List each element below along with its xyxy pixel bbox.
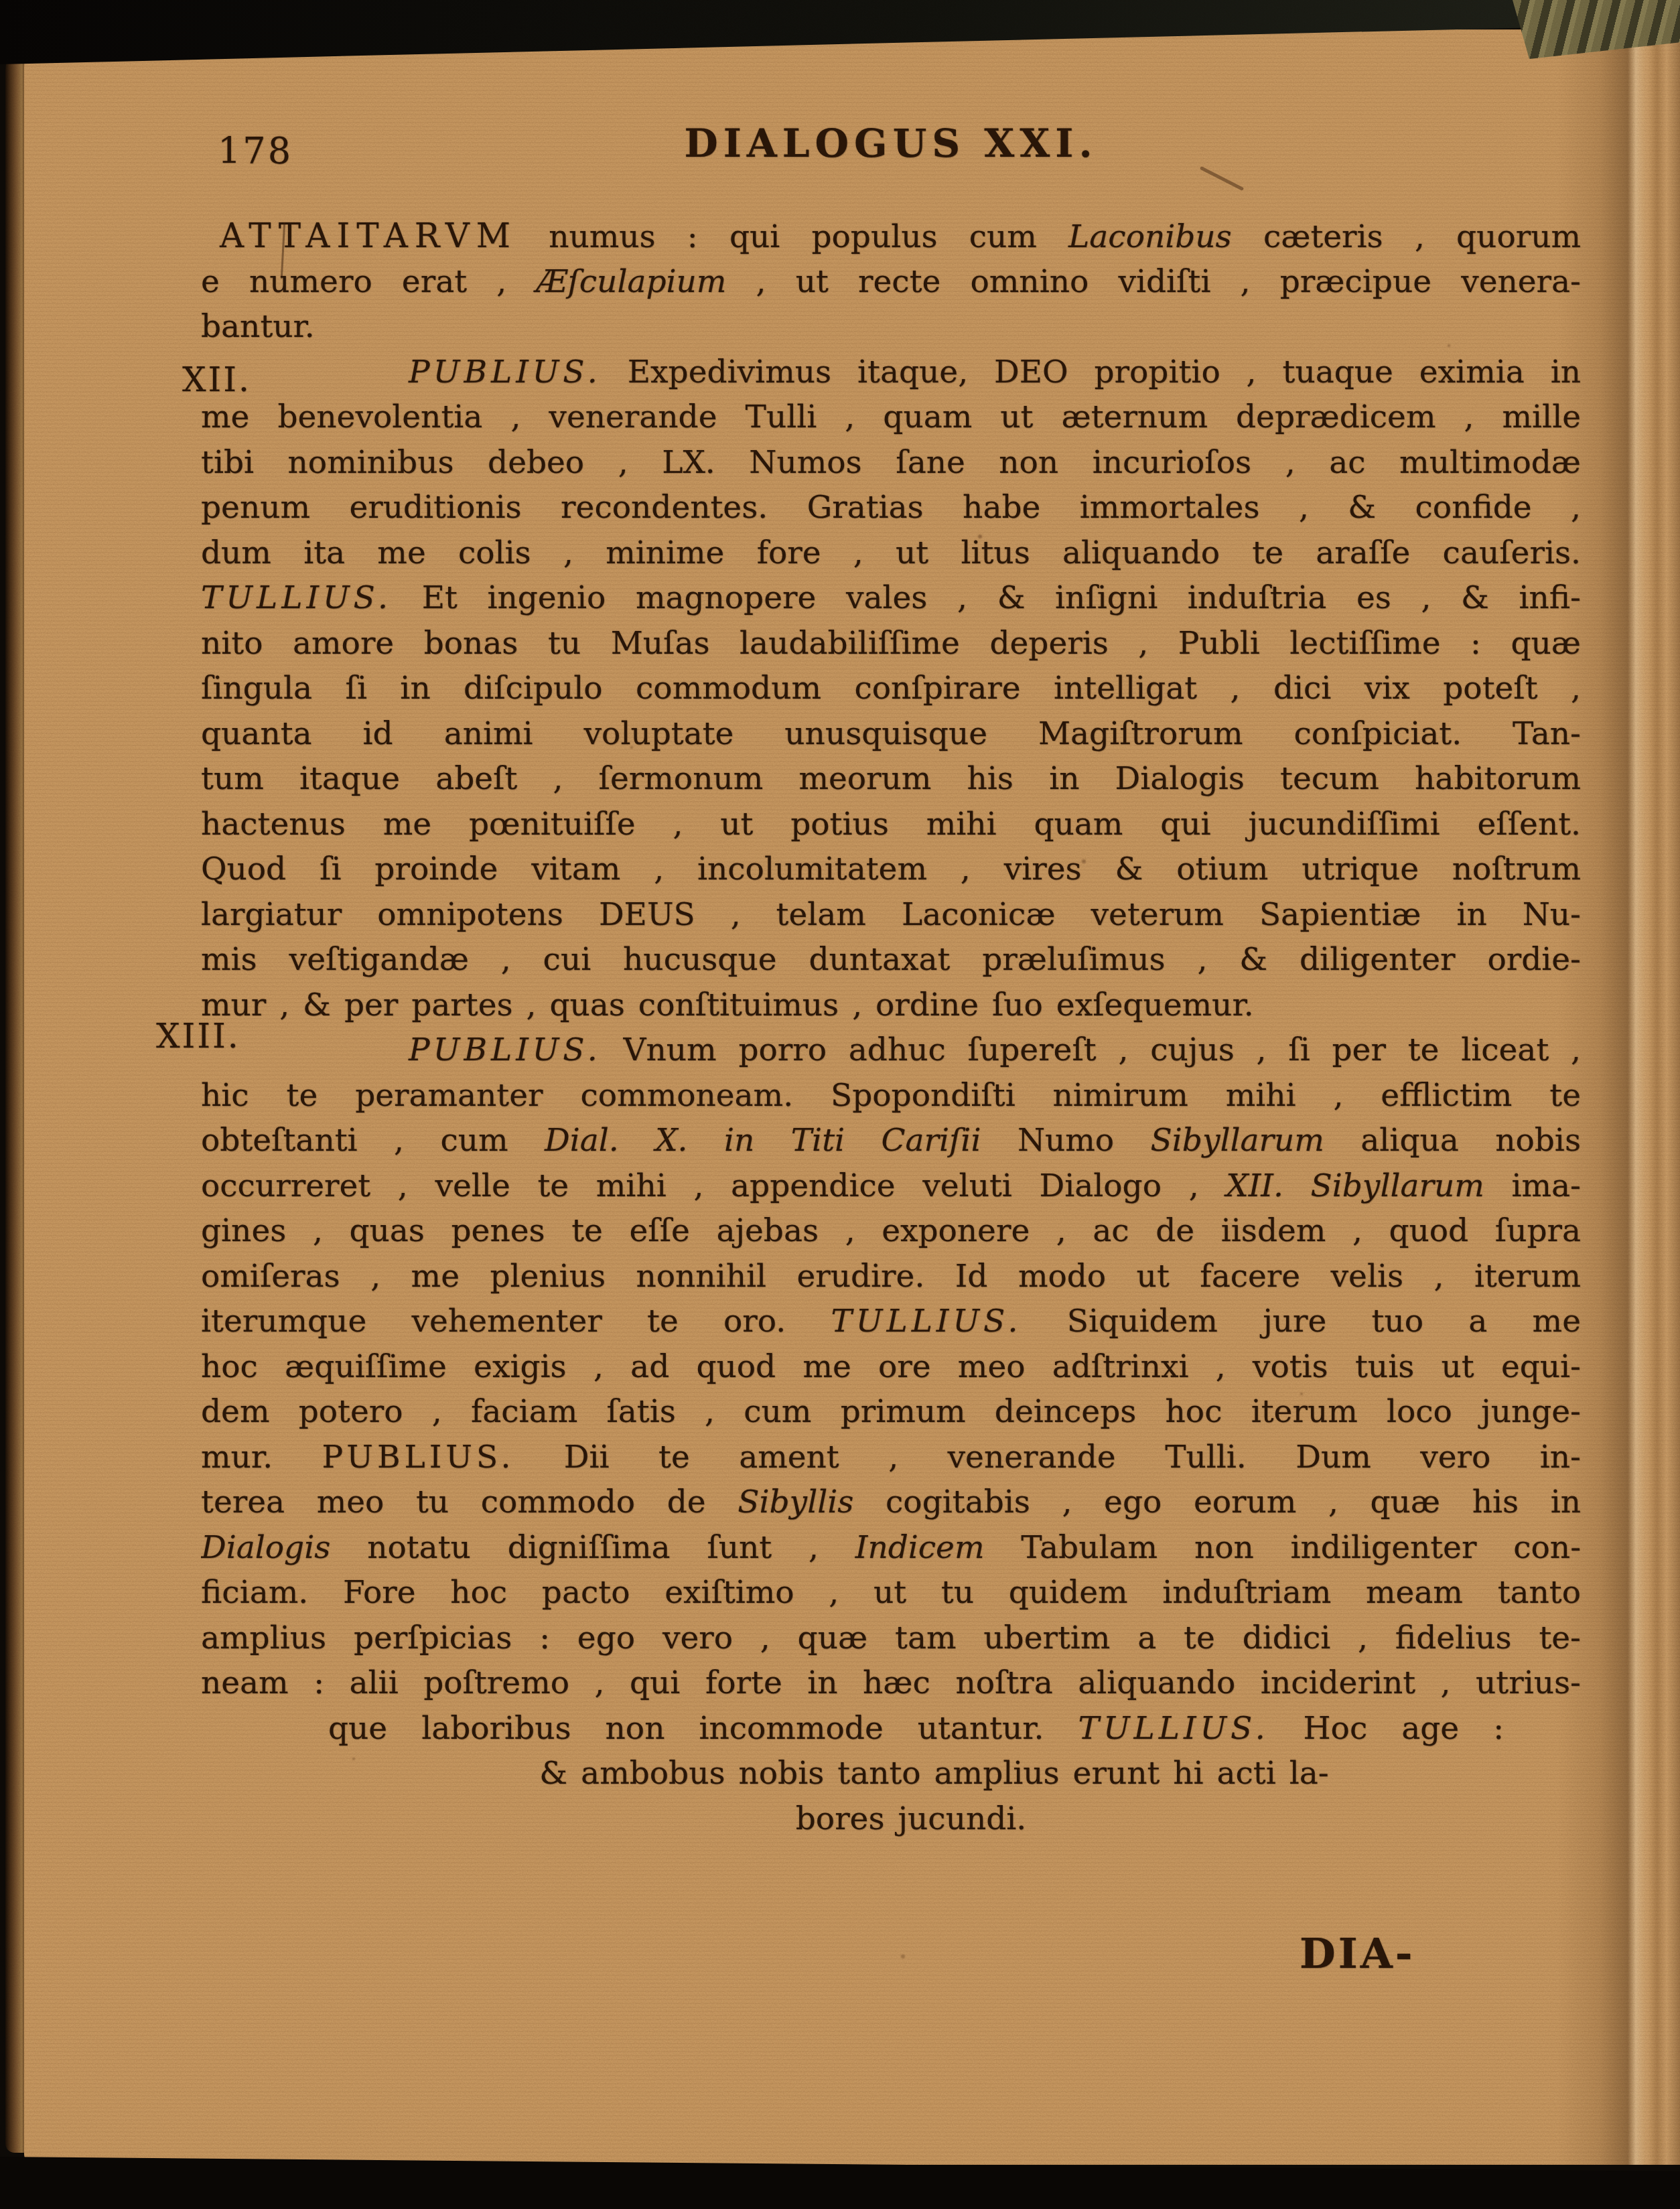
- body-text: nito amore bonas tu Muſas laudabiliſſime…: [201, 625, 1581, 662]
- body-text: numus : qui populus cum: [517, 218, 1068, 255]
- body-text: iterumque vehementer te oro.: [201, 1303, 831, 1340]
- text-line: dum ita me colis , minime fore , ut litu…: [201, 530, 1581, 576]
- body-text: , ut recte omnino vidiſti , præcipue ven…: [726, 263, 1581, 300]
- text-line: iterumque vehementer te oro. TULLIUS. Si…: [201, 1299, 1581, 1344]
- text-line: bores jucundi.: [201, 1796, 1581, 1842]
- text-line: PUBLIUS. Vnum porro adhuc ſupereſt , cuj…: [201, 1027, 1581, 1073]
- body-text: terea meo tu commodo de: [201, 1484, 738, 1520]
- body-text: ficiam. Fore hoc pacto exiſtimo , ut tu …: [201, 1574, 1581, 1611]
- body-text: gines , quas penes te eſſe ajebas , expo…: [201, 1212, 1581, 1249]
- italic-term: Sibyllis: [738, 1484, 853, 1520]
- speaker-name: PUBLIUS.: [409, 354, 602, 390]
- body-text: quanta id animi voluptate unusquisque Ma…: [201, 715, 1581, 752]
- body-text: hic te peramanter commoneam. Spopondiſti…: [201, 1077, 1581, 1114]
- book-page: 178 DIALOGUS XXI. XII. XIII. ATTAITARVM …: [24, 29, 1680, 2165]
- body-text: notatu digniſſima ſunt ,: [330, 1529, 855, 1566]
- text-line: gines , quas penes te eſſe ajebas , expo…: [201, 1208, 1581, 1254]
- body-text: Dii te ament , venerande Tulli. Dum vero…: [514, 1439, 1581, 1476]
- body-text: dem potero , faciam ſatis , cum primum d…: [201, 1393, 1581, 1430]
- text-line: terea meo tu commodo de Sibyllis cogitab…: [201, 1480, 1581, 1525]
- body-text: & ambobus nobis tanto amplius erunt hi a…: [539, 1755, 1328, 1792]
- body-text: bores jucundi.: [796, 1800, 1027, 1837]
- body-text: ima-: [1484, 1167, 1581, 1204]
- text-line: nito amore bonas tu Muſas laudabiliſſime…: [201, 621, 1581, 666]
- body-text: cogitabis , ego eorum , quæ his in: [853, 1484, 1581, 1520]
- text-line: ſingula ſi in diſcipulo commodum conſpir…: [201, 666, 1581, 711]
- body-text: bantur.: [201, 308, 315, 345]
- text-line: omiſeras , me plenius nonnihil erudire. …: [201, 1254, 1581, 1299]
- text-block: ATTAITARVM numus : qui populus cum Lacon…: [201, 214, 1581, 1841]
- body-text: tum itaque abeſt , ſermonum meorum his i…: [201, 760, 1581, 797]
- ink-scratch-artifact: [1200, 166, 1244, 191]
- speaker-name: TULLIUS.: [831, 1303, 1022, 1340]
- speaker-name: PUBLIUS.: [322, 1439, 515, 1476]
- body-text: dum ita me colis , minime fore , ut litu…: [201, 535, 1581, 571]
- italic-term: Sibyllarum: [1151, 1122, 1324, 1159]
- italic-term: Dial. X. in Titi Cariſii: [545, 1122, 981, 1159]
- speaker-name: TULLIUS.: [201, 579, 392, 616]
- running-header: DIALOGUS XXI.: [201, 121, 1581, 166]
- body-text: aliqua nobis: [1324, 1122, 1581, 1159]
- speaker-name: PUBLIUS.: [409, 1031, 602, 1068]
- text-line: mur. PUBLIUS. Dii te ament , venerande T…: [201, 1435, 1581, 1480]
- text-line: tum itaque abeſt , ſermonum meorum his i…: [201, 756, 1581, 802]
- body-text: hactenus me pœnituiſſe , ut potius mihi …: [201, 806, 1581, 843]
- body-text: Vnum porro adhuc ſupereſt , cujus , ſi p…: [602, 1031, 1581, 1068]
- body-text: penum eruditionis recondentes. Gratias h…: [201, 489, 1581, 526]
- body-text: obteſtanti , cum: [201, 1122, 545, 1159]
- body-text: amplius perſpicias : ego vero , quæ tam …: [201, 1620, 1581, 1656]
- body-text: largiatur omnipotens DEUS , telam Laconi…: [201, 896, 1581, 933]
- body-text: Hoc age :: [1269, 1710, 1504, 1747]
- text-line: neam : alii poſtremo , qui forte in hæc …: [201, 1660, 1581, 1706]
- text-line: hoc æquiſſime exigis , ad quod me ore me…: [201, 1344, 1581, 1390]
- body-text: Quod ſi proinde vitam , incolumitatem , …: [201, 851, 1581, 887]
- text-line: ATTAITARVM numus : qui populus cum Lacon…: [201, 214, 1581, 259]
- text-line: Quod ſi proinde vitam , incolumitatem , …: [201, 847, 1581, 892]
- italic-term: Indicem: [855, 1529, 985, 1566]
- text-line: bantur.: [201, 304, 1581, 350]
- text-line: que laboribus non incommode utantur. TUL…: [201, 1706, 1581, 1752]
- text-line: largiatur omnipotens DEUS , telam Laconi…: [201, 892, 1581, 938]
- body-text: omiſeras , me plenius nonnihil erudire. …: [201, 1258, 1581, 1295]
- text-line: dem potero , faciam ſatis , cum primum d…: [201, 1389, 1581, 1435]
- catchword: DIA-: [1300, 1929, 1415, 1978]
- body-text: Et ingenio magnopere vales , & inſigni i…: [392, 579, 1581, 616]
- body-text: mis veſtigandæ , cui hucusque duntaxat p…: [201, 941, 1581, 978]
- italic-term: XII. Sibyllarum: [1226, 1167, 1484, 1204]
- text-line: obteſtanti , cum Dial. X. in Titi Cariſi…: [201, 1118, 1581, 1163]
- body-text: Numo: [981, 1122, 1150, 1159]
- body-text: e numero erat ,: [201, 263, 536, 300]
- body-text: Siquidem jure tuo a me: [1022, 1303, 1581, 1340]
- text-line: quanta id animi voluptate unusquisque Ma…: [201, 711, 1581, 757]
- text-line: tibi nominibus debeo , LX. Numos ſane no…: [201, 440, 1581, 486]
- text-line: mis veſtigandæ , cui hucusque duntaxat p…: [201, 937, 1581, 983]
- body-text: hoc æquiſſime exigis , ad quod me ore me…: [201, 1348, 1581, 1385]
- body-text: cæteris , quorum: [1232, 218, 1581, 255]
- body-text: tibi nominibus debeo , LX. Numos ſane no…: [201, 444, 1581, 481]
- body-text: que laboribus non incommode utantur.: [328, 1710, 1078, 1747]
- text-line: hic te peramanter commoneam. Spopondiſti…: [201, 1073, 1581, 1119]
- text-line: TULLIUS. Et ingenio magnopere vales , & …: [201, 575, 1581, 621]
- text-line: & ambobus nobis tanto amplius erunt hi a…: [201, 1751, 1581, 1796]
- text-line: amplius perſpicias : ego vero , quæ tam …: [201, 1616, 1581, 1661]
- speaker-name: TULLIUS.: [1078, 1710, 1269, 1747]
- body-text: mur , & per partes , quas conſtituimus ,…: [201, 987, 1254, 1023]
- text-line: occurreret , velle te mihi , appendice v…: [201, 1163, 1581, 1209]
- text-line: mur , & per partes , quas conſtituimus ,…: [201, 983, 1581, 1028]
- text-line: me benevolentia , venerande Tulli , quam…: [201, 395, 1581, 440]
- text-line: penum eruditionis recondentes. Gratias h…: [201, 485, 1581, 530]
- text-line: hactenus me pœnituiſſe , ut potius mihi …: [201, 802, 1581, 847]
- body-text: occurreret , velle te mihi , appendice v…: [201, 1167, 1226, 1204]
- text-line: e numero erat , Æſculapium , ut recte om…: [201, 259, 1581, 305]
- body-text: neam : alii poſtremo , qui forte in hæc …: [201, 1664, 1581, 1701]
- italic-term: Laconibus: [1068, 218, 1232, 255]
- body-text: mur.: [201, 1439, 322, 1476]
- text-line: PUBLIUS. Expedivimus itaque, DEO propiti…: [201, 350, 1581, 395]
- text-line: ficiam. Fore hoc pacto exiſtimo , ut tu …: [201, 1570, 1581, 1616]
- body-text: ſingula ſi in diſcipulo commodum conſpir…: [201, 670, 1581, 707]
- lead-caps: ATTAITARVM: [220, 216, 517, 255]
- body-text: Tabulam non indiligenter con-: [985, 1529, 1581, 1566]
- italic-term: Æſculapium: [536, 263, 726, 300]
- body-text: Expedivimus itaque, DEO propitio , tuaqu…: [602, 354, 1581, 390]
- italic-term: Dialogis: [201, 1529, 330, 1566]
- text-line: Dialogis notatu digniſſima ſunt , Indice…: [201, 1525, 1581, 1571]
- body-text: me benevolentia , venerande Tulli , quam…: [201, 399, 1581, 435]
- book-scan-scene: 178 DIALOGUS XXI. XII. XIII. ATTAITARVM …: [0, 0, 1680, 2209]
